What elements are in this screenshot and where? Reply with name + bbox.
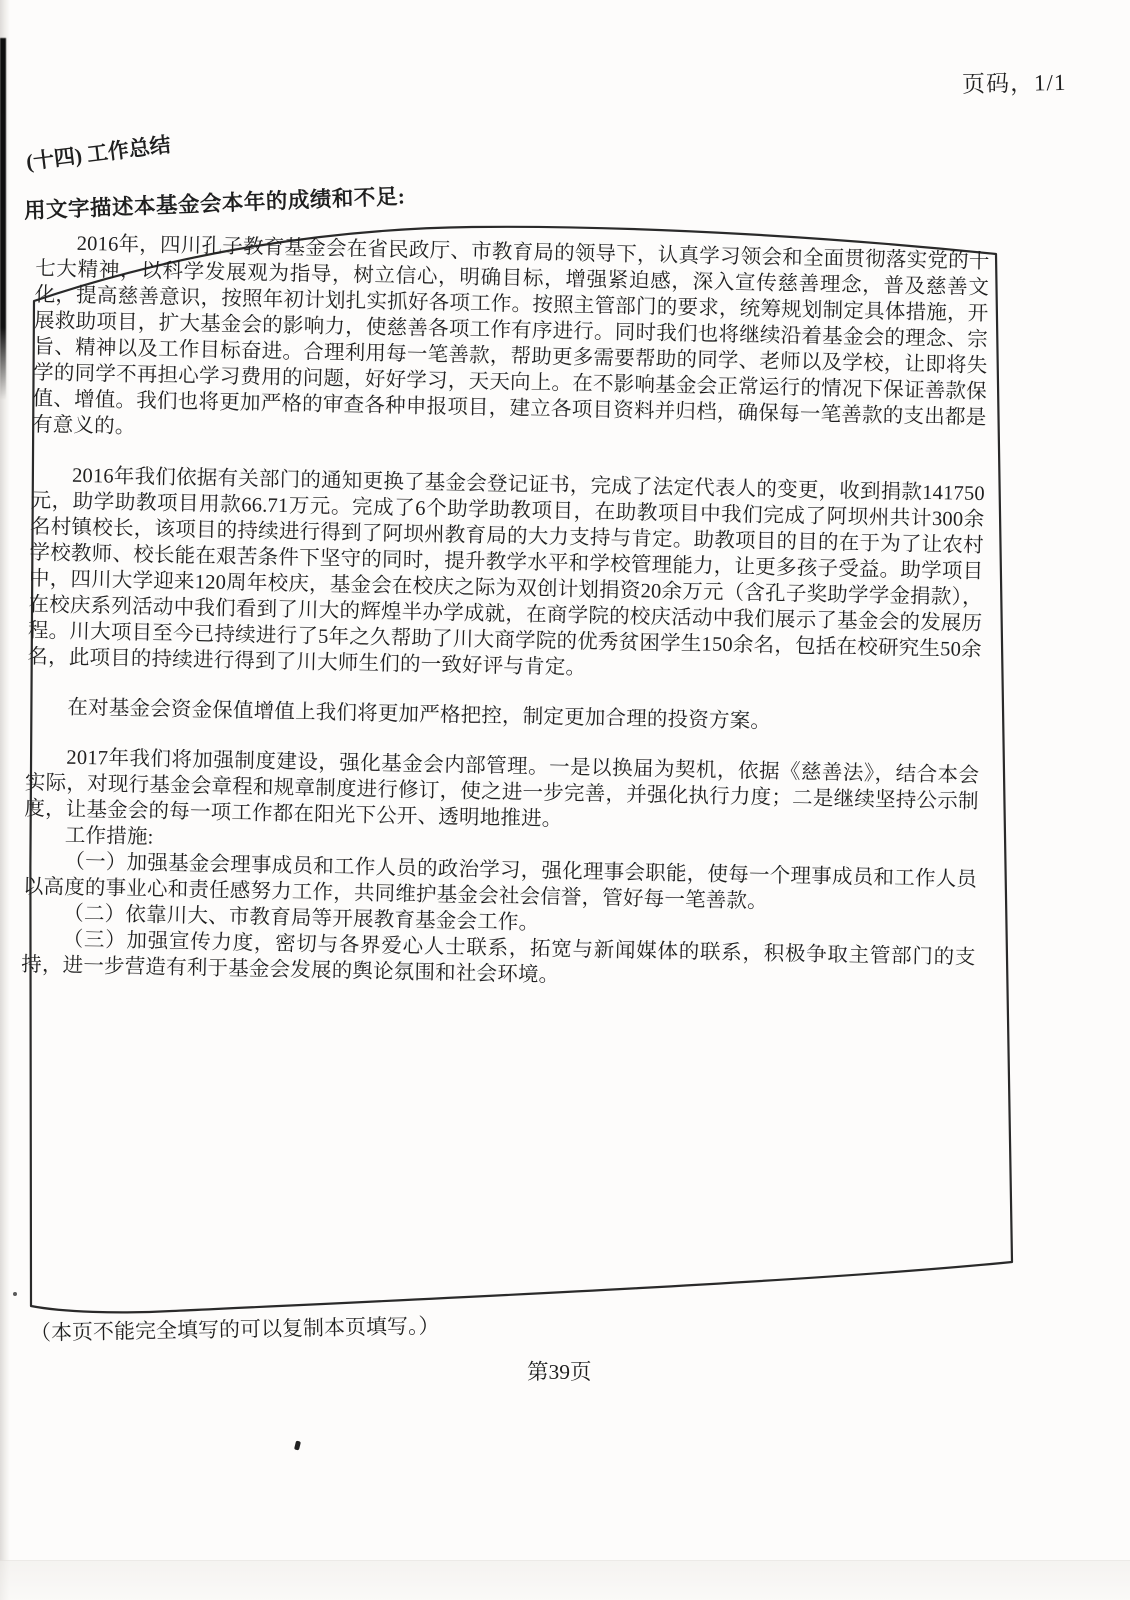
summary-paragraph: 2016年我们依据有关部门的通知更换了基金会登记证书，完成了法定代表人的变更，收… [27,462,985,689]
summary-box-text: 2016年，四川孔子教育基金会在省民政厅、市教育局的领导下，认真学习领会和全面贯… [21,230,990,997]
summary-paragraph: 在对基金会资金保值增值上我们将更加严格把控，制定更加合理的投资方案。 [26,694,980,739]
scan-speck [13,1292,17,1296]
page-number: 第39页 [527,1355,592,1386]
scanned-document-page: 页码，1/1 (十四) 工作总结 用文字描述本基金会本年的成绩和不足: 2016… [0,0,1130,1600]
summary-paragraph: 2016年，四川孔子教育基金会在省民政厅、市教育局的领导下，认真学习领会和全面贯… [32,230,990,457]
